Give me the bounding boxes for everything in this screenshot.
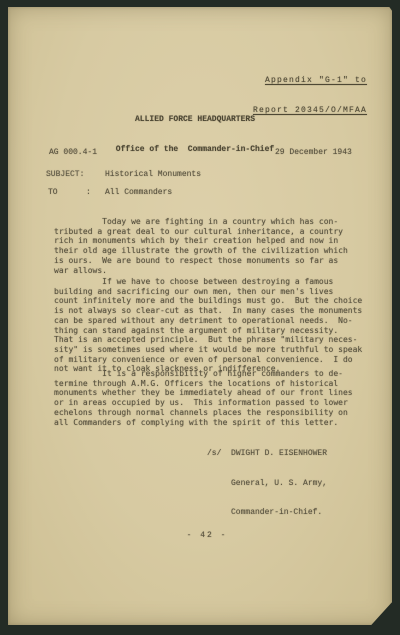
to-value: All Commanders bbox=[105, 188, 172, 198]
to-colon: : bbox=[86, 188, 91, 198]
letterhead-org: ALLIED FORCE HEADQUARTERS bbox=[0, 115, 395, 125]
body-paragraph-1: Today we are fighting in a country which… bbox=[54, 217, 348, 275]
to-label: TO bbox=[48, 188, 58, 198]
signature-line: /s/ DWIGHT D. EISENHOWER bbox=[207, 449, 327, 459]
signature-title-2: Commander-in-Chief. bbox=[207, 508, 327, 518]
scan-background: Appendix "G-1" to Report 20345/O/MFAA AL… bbox=[0, 0, 400, 635]
signature-mark: /s/ bbox=[207, 449, 221, 458]
signature-title-1: General, U. S. Army, bbox=[207, 479, 327, 489]
subject-value: Historical Monuments bbox=[105, 170, 201, 180]
signature-name: DWIGHT D. EISENHOWER bbox=[231, 449, 327, 458]
appendix-line-1: Appendix "G-1" to bbox=[253, 76, 367, 86]
body-paragraph-3: It is a responsibility of higher command… bbox=[54, 369, 353, 427]
body-paragraph-2: If we have to choose between destroying … bbox=[54, 277, 362, 374]
signature-block: /s/ DWIGHT D. EISENHOWER General, U. S. … bbox=[207, 430, 327, 537]
page-number: - 42 - bbox=[7, 531, 400, 541]
document-date: 29 December 1943 bbox=[275, 148, 352, 158]
reference-number: AG 000.4-1 bbox=[49, 148, 97, 158]
subject-label: SUBJECT: bbox=[46, 170, 84, 180]
